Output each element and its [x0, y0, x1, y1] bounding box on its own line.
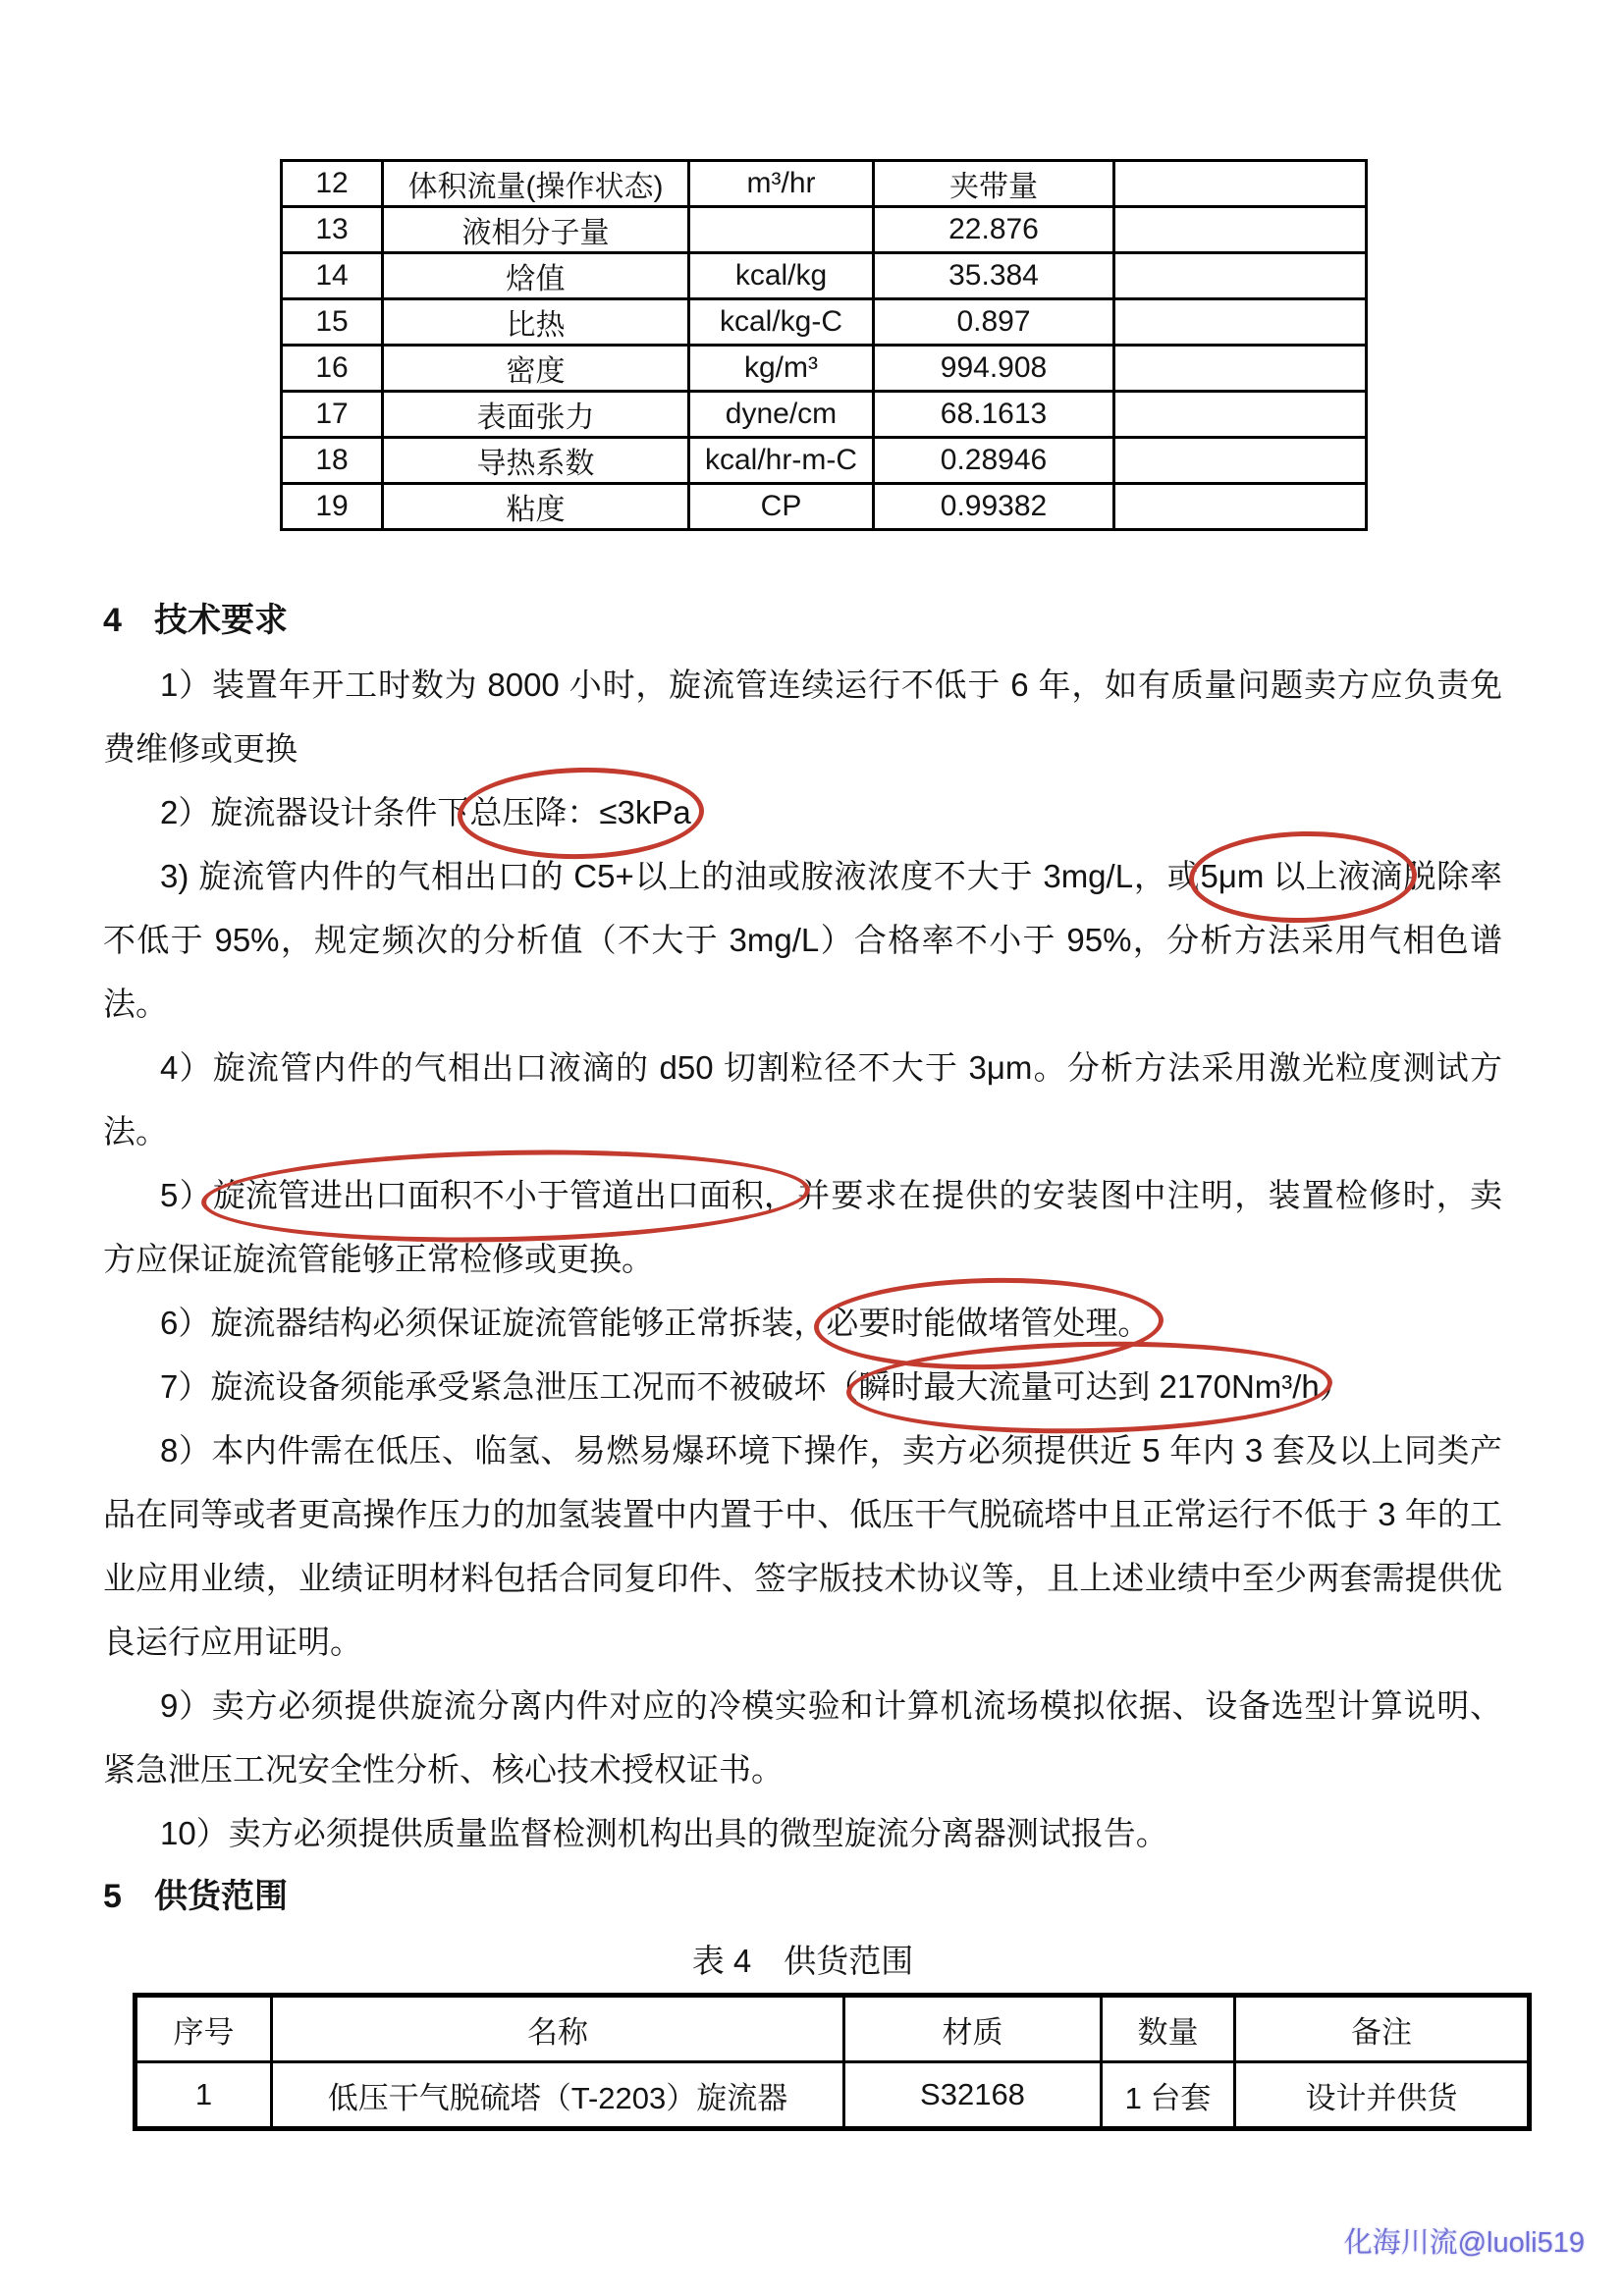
- property-value: 0.99382: [874, 484, 1114, 530]
- table-row: 14 焓值 kcal/kg 35.384: [282, 253, 1367, 299]
- item-text: 4）旋流管内件的气相出口液滴的 d50 切割粒径不大于 3μm。分析方法采用激光…: [103, 1049, 1502, 1149]
- property-value: 994.908: [874, 346, 1114, 392]
- item-text: 1）装置年开工时数为 8000 小时，旋流管连续运行不低于 6 年，如有质量问题…: [103, 667, 1502, 767]
- property-value: 22.876: [874, 207, 1114, 253]
- property-note: [1114, 346, 1367, 392]
- row-number: 19: [282, 484, 383, 530]
- supply-scope-table: 序号 名称 材质 数量 备注 1 低压干气脱硫塔（T-2203）旋流器 S321…: [133, 1993, 1532, 2131]
- watermark: 化海川流@luoli519: [1344, 2220, 1585, 2261]
- property-name: 体积流量(操作状态): [383, 161, 689, 207]
- header-no: 序号: [135, 1996, 272, 2062]
- row-number: 13: [282, 207, 383, 253]
- section-number: 5: [103, 1865, 154, 1929]
- header-material: 材质: [844, 1996, 1102, 2062]
- document-body: 4技术要求 1）装置年开工时数为 8000 小时，旋流管连续运行不低于 6 年，…: [103, 589, 1502, 2131]
- tech-item-1: 1）装置年开工时数为 8000 小时，旋流管连续运行不低于 6 年，如有质量问题…: [103, 653, 1502, 780]
- table-row: 13 液相分子量 22.876: [282, 207, 1367, 253]
- tech-item-2: 2）旋流器设计条件下总压降：≤3kPa: [103, 780, 1502, 844]
- property-name: 液相分子量: [383, 207, 689, 253]
- property-value: 0.897: [874, 299, 1114, 346]
- row-number: 16: [282, 346, 383, 392]
- red-circle-annotation: 瞬时最大流量可达到 2170Nm³/h: [858, 1355, 1319, 1418]
- property-unit: [689, 207, 874, 253]
- property-name: 表面张力: [383, 392, 689, 438]
- table-row: 17 表面张力 dyne/cm 68.1613: [282, 392, 1367, 438]
- property-name: 导热系数: [383, 438, 689, 484]
- table-row: 12 体积流量(操作状态) m³/hr 夹带量: [282, 161, 1367, 207]
- property-name: 焓值: [383, 253, 689, 299]
- item-text: 9）卖方必须提供旋流分离内件对应的冷模实验和计算机流场模拟依据、设备选型计算说明…: [103, 1687, 1502, 1788]
- row-number: 17: [282, 392, 383, 438]
- property-note: [1114, 438, 1367, 484]
- cell-remark: 设计并供货: [1235, 2062, 1530, 2129]
- property-value: 68.1613: [874, 392, 1114, 438]
- table-header-row: 序号 名称 材质 数量 备注: [135, 1996, 1530, 2062]
- tech-item-5: 5）旋流管进出口面积不小于管道出口面积，并要求在提供的安装图中注明，装置检修时，…: [103, 1163, 1502, 1291]
- cell-quantity: 1 台套: [1102, 2062, 1235, 2129]
- property-note: [1114, 299, 1367, 346]
- cell-name: 低压干气脱硫塔（T-2203）旋流器: [272, 2062, 844, 2129]
- item-text: 2）旋流器设计条件下: [160, 794, 469, 830]
- item-text: 7）旋流设备须能承受紧急泄压工况而不被破坏（: [160, 1368, 858, 1405]
- item-text: 3) 旋流管内件的气相出口的 C5+以上的油或胺液浓度不大于 3mg/L，或: [160, 858, 1201, 894]
- document-page: 12 体积流量(操作状态) m³/hr 夹带量 13 液相分子量 22.876 …: [0, 0, 1624, 2296]
- property-unit: kcal/hr-m-C: [689, 438, 874, 484]
- property-name: 密度: [383, 346, 689, 392]
- red-circle-annotation: 5μm 以上液滴: [1201, 844, 1403, 908]
- item-text: 10）卖方必须提供质量监督检测机构出具的微型旋流分离器测试报告。: [160, 1815, 1168, 1851]
- section-4-heading: 4技术要求: [103, 589, 1502, 653]
- row-number: 12: [282, 161, 383, 207]
- cell-material: S32168: [844, 2062, 1102, 2129]
- tech-item-10: 10）卖方必须提供质量监督检测机构出具的微型旋流分离器测试报告。: [103, 1801, 1502, 1865]
- item-text: 6）旋流器结构必须保证旋流管能够正常拆装，: [160, 1305, 826, 1341]
- section-5-heading: 5供货范围: [103, 1865, 1502, 1929]
- header-quantity: 数量: [1102, 1996, 1235, 2062]
- table-4-caption: 表 4 供货范围: [103, 1929, 1502, 1993]
- property-unit: kg/m³: [689, 346, 874, 392]
- table-row: 18 导热系数 kcal/hr-m-C 0.28946: [282, 438, 1367, 484]
- property-unit: kcal/kg: [689, 253, 874, 299]
- property-note: [1114, 392, 1367, 438]
- property-value: 0.28946: [874, 438, 1114, 484]
- table-row: 1 低压干气脱硫塔（T-2203）旋流器 S32168 1 台套 设计并供货: [135, 2062, 1530, 2129]
- property-unit: CP: [689, 484, 874, 530]
- item-text: ）: [1320, 1368, 1352, 1405]
- section-title: 供货范围: [154, 1878, 288, 1915]
- red-circle-annotation: 旋流管进出口面积不小于管道出口面积，: [213, 1163, 796, 1227]
- table-row: 15 比热 kcal/kg-C 0.897: [282, 299, 1367, 346]
- property-note: [1114, 253, 1367, 299]
- row-number: 18: [282, 438, 383, 484]
- section-title: 技术要求: [154, 602, 288, 639]
- property-unit: dyne/cm: [689, 392, 874, 438]
- property-value: 35.384: [874, 253, 1114, 299]
- tech-item-7: 7）旋流设备须能承受紧急泄压工况而不被破坏（瞬时最大流量可达到 2170Nm³/…: [103, 1355, 1502, 1418]
- property-unit: m³/hr: [689, 161, 874, 207]
- item-text: 8）本内件需在低压、临氢、易燃易爆环境下操作，卖方必须提供近 5 年内 3 套及…: [103, 1432, 1502, 1660]
- property-value: 夹带量: [874, 161, 1114, 207]
- red-circle-annotation: 总压降：≤3kPa: [469, 780, 690, 844]
- header-name: 名称: [272, 1996, 844, 2062]
- tech-item-9: 9）卖方必须提供旋流分离内件对应的冷模实验和计算机流场模拟依据、设备选型计算说明…: [103, 1674, 1502, 1801]
- header-remark: 备注: [1235, 1996, 1530, 2062]
- tech-item-4: 4）旋流管内件的气相出口液滴的 d50 切割粒径不大于 3μm。分析方法采用激光…: [103, 1036, 1502, 1163]
- property-name: 比热: [383, 299, 689, 346]
- property-name: 粘度: [383, 484, 689, 530]
- row-number: 14: [282, 253, 383, 299]
- property-note: [1114, 161, 1367, 207]
- tech-item-8: 8）本内件需在低压、临氢、易燃易爆环境下操作，卖方必须提供近 5 年内 3 套及…: [103, 1418, 1502, 1674]
- property-unit: kcal/kg-C: [689, 299, 874, 346]
- property-note: [1114, 207, 1367, 253]
- property-note: [1114, 484, 1367, 530]
- table-row: 16 密度 kg/m³ 994.908: [282, 346, 1367, 392]
- tech-item-6: 6）旋流器结构必须保证旋流管能够正常拆装，必要时能做堵管处理。: [103, 1291, 1502, 1355]
- red-circle-annotation: 必要时能做堵管处理。: [826, 1291, 1150, 1355]
- tech-item-3: 3) 旋流管内件的气相出口的 C5+以上的油或胺液浓度不大于 3mg/L，或5μ…: [103, 844, 1502, 1036]
- item-text: 5）: [160, 1177, 213, 1213]
- stream-properties-table: 12 体积流量(操作状态) m³/hr 夹带量 13 液相分子量 22.876 …: [280, 159, 1368, 531]
- row-number: 15: [282, 299, 383, 346]
- section-number: 4: [103, 589, 154, 653]
- cell-no: 1: [135, 2062, 272, 2129]
- table-row: 19 粘度 CP 0.99382: [282, 484, 1367, 530]
